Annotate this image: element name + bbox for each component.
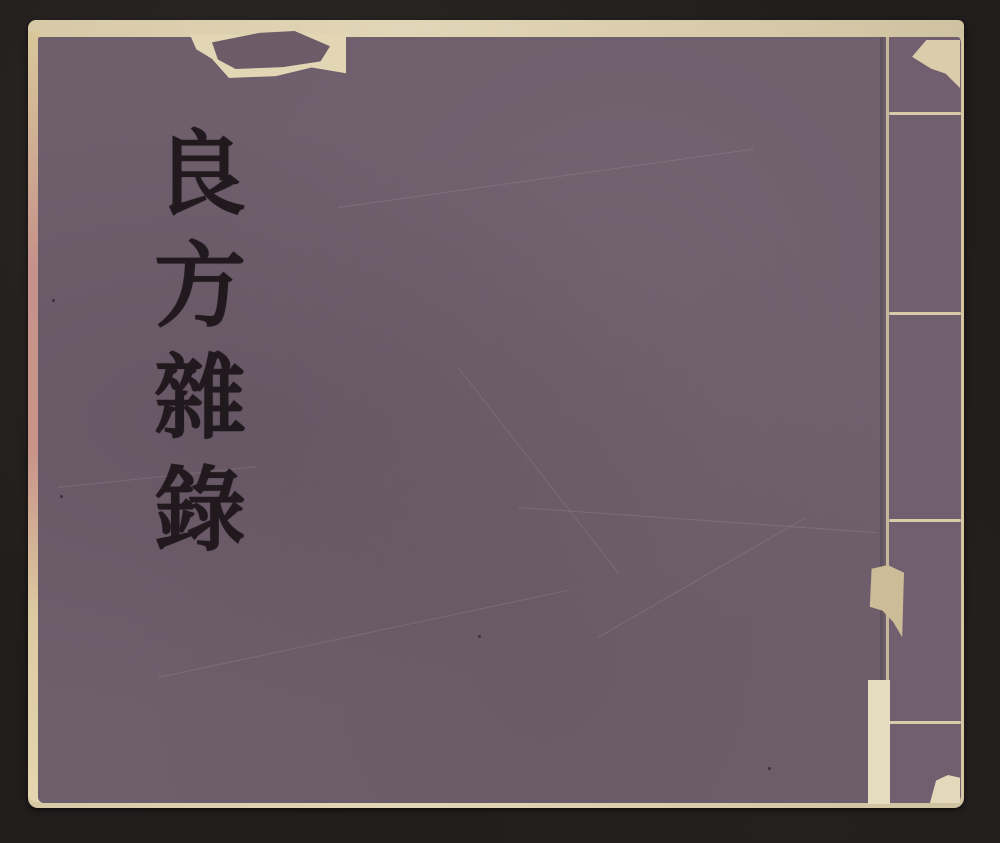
cover-crease — [158, 590, 569, 678]
title-char-1: 良 — [154, 118, 246, 230]
cover-crease — [598, 517, 806, 638]
cover-crease — [518, 507, 877, 533]
binding-stitch — [889, 312, 961, 315]
cover-speck — [478, 635, 481, 638]
spine-tear-lower — [868, 680, 890, 804]
binding-margin — [889, 37, 964, 803]
cover-crease — [458, 367, 619, 572]
cover-title: 良 方 雜 錄 — [130, 118, 270, 566]
binding-stitch — [889, 721, 961, 724]
cover-crease — [338, 149, 754, 208]
binding-stitch — [889, 112, 961, 115]
binding-stitch — [889, 519, 961, 522]
title-char-4: 錄 — [154, 454, 246, 566]
title-char-3: 雜 — [154, 342, 246, 454]
cover-speck — [52, 299, 55, 302]
cover-speck — [60, 495, 63, 498]
cover-speck — [768, 767, 771, 770]
title-char-2: 方 — [154, 230, 246, 342]
